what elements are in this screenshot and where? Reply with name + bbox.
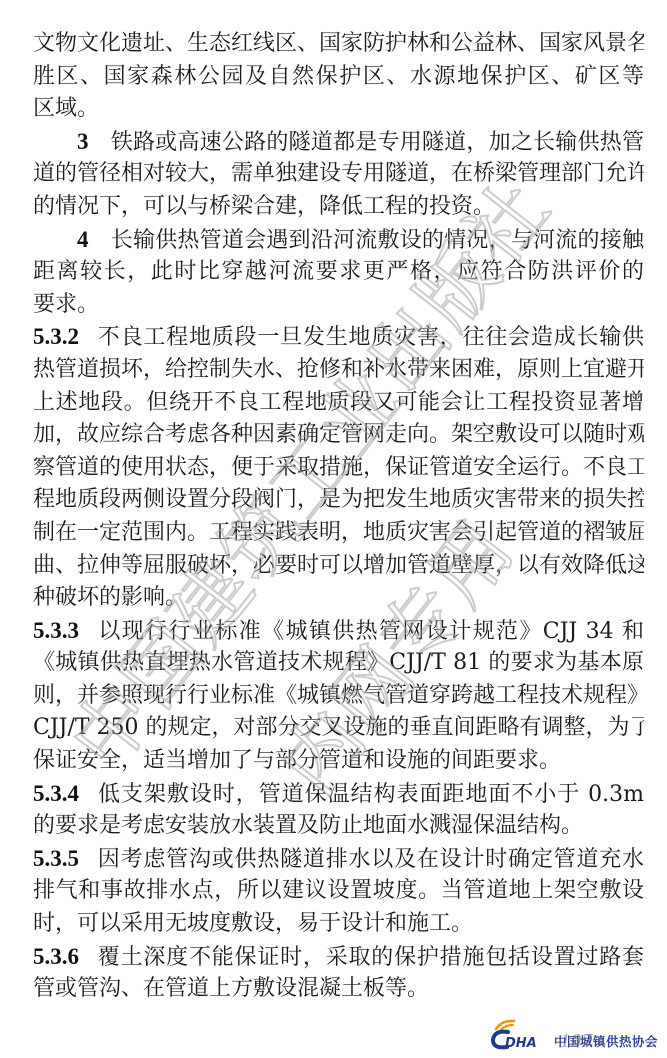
text-line: 距离较长，此时比穿越河流要求更严格，应符合防洪评价的 [33, 256, 644, 289]
clause-line: 5.3.2不良工程地质段一旦发生地质灾害，往往会造成长输供 [33, 321, 644, 354]
text-line: 管或管沟、在管道上方敷设混凝土板等。 [33, 973, 644, 1006]
text-line: 区域。 [33, 93, 644, 126]
chdha-logo-icon: DHA [488, 1018, 548, 1052]
text-line: 上述地段。但绕开不良工程地质段又可能会让工程投资显著增 [33, 387, 644, 420]
item-number: 4 [77, 227, 89, 252]
svg-text:DHA: DHA [505, 1036, 537, 1051]
clause-number: 5.3.3 [33, 618, 79, 643]
text-line: 保证安全，适当增加了与部分管道和设施的间距要求。 [33, 745, 644, 778]
text-line: 道的管径相对较大，需单独建设专用隧道，在桥梁管理部门允许 [33, 158, 644, 191]
text-line: 热管道损坏，给控制失水、抢修和补水带来困难，原则上宜避开 [33, 354, 644, 387]
page-number: 107 [560, 1030, 593, 1053]
clause-line: 5.3.3以现行行业标准《城镇供热管网设计规范》CJJ 34 和 [33, 615, 644, 648]
item-line: 3铁路或高速公路的隧道都是专用隧道，加之长输供热管 [33, 126, 644, 159]
body-text: 文物文化遗址、生态红线区、国家防护林和公益林、国家风景名 胜区、国家森林公园及自… [33, 28, 644, 1006]
text-line: 时，可以采用无坡度敷设，易于设计和施工。 [33, 908, 644, 941]
text-line: 则，并参照现行行业标准《城镇燃气管道穿跨越工程技术规程》 [33, 680, 644, 713]
text-line: 胜区、国家森林公园及自然保护区、水源地保护区、矿区等 [33, 61, 644, 94]
text-line: 的情况下，可以与桥梁合建，降低工程的投资。 [33, 191, 644, 224]
text-line: 察管道的使用状态，便于采取措施，保证管道安全运行。不良工 [33, 452, 644, 485]
clause-number: 5.3.4 [33, 781, 79, 806]
document-page: 文物文化遗址、生态红线区、国家防护林和公益林、国家风景名 胜区、国家森林公园及自… [0, 0, 667, 1058]
text-line: 排气和事故排水点，所以建议设置坡度。当管道地上架空敷设 [33, 875, 644, 908]
text-line: 加，故应综合考虑各种因素确定管网走向。架空敷设可以随时观 [33, 419, 644, 452]
text-line: 种破坏的影响。 [33, 582, 644, 615]
text-line: CJJ/T 250 的规定，对部分交叉设施的垂直间距略有调整，为了 [33, 712, 644, 745]
text-line: 文物文化遗址、生态红线区、国家防护林和公益林、国家风景名 [33, 28, 644, 61]
clause-line: 5.3.6覆土深度不能保证时，采取的保护措施包括设置过路套 [33, 941, 644, 974]
clause-line: 5.3.4低支架敷设时，管道保温结构表面距地面不小于 0.3m [33, 778, 644, 811]
item-number: 3 [77, 129, 89, 154]
text-line: 程地质段两侧设置分段阀门，是为把发生地质灾害带来的损失控 [33, 484, 644, 517]
text-line: 要求。 [33, 289, 644, 322]
clause-line: 5.3.5因考虑管沟或供热隧道排水以及在设计时确定管道充水 [33, 843, 644, 876]
text-line: 《城镇供热直埋热水管道技术规程》CJJ/T 81 的要求为基本原 [33, 647, 644, 680]
clause-number: 5.3.5 [33, 846, 79, 871]
clause-number: 5.3.2 [33, 324, 79, 349]
item-line: 4长输供热管道会遇到沿河流敷设的情况，与河流的接触 [33, 224, 644, 257]
text-line: 制在一定范围内。工程实践表明，地质灾害会引起管道的褶皱屈 [33, 517, 644, 550]
text-line: 的要求是考虑安装放水装置及防止地面水溅湿保温结构。 [33, 810, 644, 843]
text-line: 曲、拉伸等屈服破坏，必要时可以增加管道壁厚，以有效降低这 [33, 550, 644, 583]
clause-number: 5.3.6 [33, 944, 79, 969]
